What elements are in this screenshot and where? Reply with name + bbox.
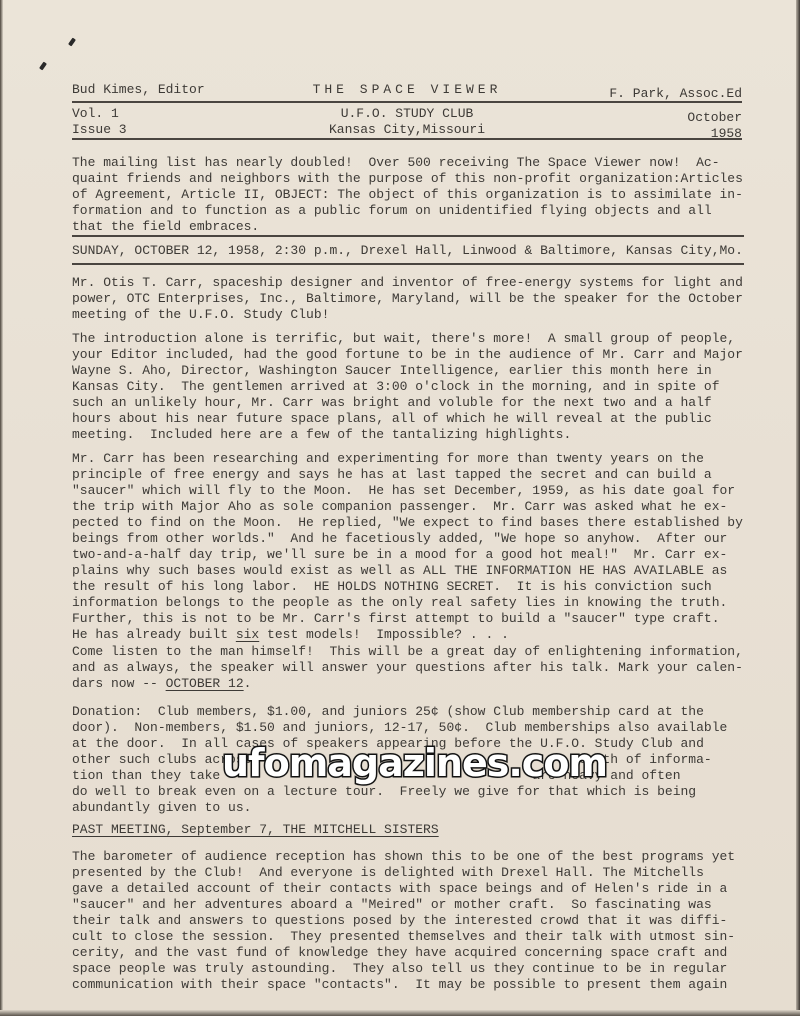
past-meeting-heading: PAST MEETING, September 7, THE MITCHELL …	[72, 822, 752, 838]
ink-mark	[68, 38, 76, 47]
come-listen-paragraph: Come listen to the man himself! This wil…	[72, 644, 752, 692]
text-line: the trip with Major Aho as sole companio…	[72, 499, 727, 514]
text-line: and as always, the speaker will answer y…	[72, 660, 743, 675]
text-line: cerity, and the vast fund of knowledge t…	[72, 945, 727, 960]
text-line: The introduction alone is terrific, but …	[72, 331, 735, 346]
section-rule	[72, 263, 744, 265]
text-line: that the field embraces.	[72, 219, 259, 234]
text-line: pected to find on the Moon. He replied, …	[72, 515, 743, 530]
text-line: The mailing list has nearly doubled! Ove…	[72, 155, 720, 170]
assoc-editor-credit: F. Park, Assoc.Ed	[609, 86, 742, 101]
ink-mark	[39, 62, 47, 71]
event-date-emphasis: OCTOBER 12	[166, 676, 244, 691]
text-line: of Agreement, Article II, OBJECT: The ob…	[72, 187, 743, 202]
text-line: Further, this is not to be Mr. Carr's fi…	[72, 611, 720, 626]
text-line: quaint friends and neighbors with the pu…	[72, 171, 743, 186]
club-location: Kansas City,Missouri	[72, 122, 742, 137]
page-edge-bottom	[0, 1010, 800, 1016]
text-line: principle of free energy and says he has…	[72, 467, 712, 482]
text-line: meeting of the U.F.O. Study Club!	[72, 307, 329, 322]
text-line: "saucer" and her adventures aboard a "Me…	[72, 897, 712, 912]
text-line: hours about his near future space plans,…	[72, 411, 712, 426]
text-line: the result of his long labor. HE HOLDS N…	[72, 579, 712, 594]
text-line: their talk and answers to questions pose…	[72, 913, 727, 928]
masthead-rule-top	[72, 101, 742, 103]
section-rule	[72, 235, 744, 237]
text-line: "saucer" which will fly to the Moon. He …	[72, 483, 735, 498]
text-line: Come listen to the man himself! This wil…	[72, 644, 743, 659]
text-line: door). Non-members, $1.50 and juniors, 1…	[72, 720, 727, 735]
emphasis-six: six	[236, 627, 259, 642]
text-line: Mr. Otis T. Carr, spaceship designer and…	[72, 275, 743, 290]
intro-paragraph: The mailing list has nearly doubled! Ove…	[72, 155, 752, 235]
text-line: power, OTC Enterprises, Inc., Baltimore,…	[72, 291, 743, 306]
text-line: The barometer of audience reception has …	[72, 849, 735, 864]
page-edge-right	[796, 0, 800, 1016]
text-line: presented by the Club! And everyone is d…	[72, 865, 704, 880]
text-line: abundantly given to us.	[72, 800, 251, 815]
text-line: information belongs to the people as the…	[72, 595, 727, 610]
text-line: He has already built	[72, 627, 236, 642]
text-line: such an unlikely hour, Mr. Carr was brig…	[72, 395, 712, 410]
introduction-paragraph: The introduction alone is terrific, but …	[72, 331, 752, 443]
watermark: ufomagazines.com	[222, 741, 607, 785]
text-line: Mr. Carr has been researching and experi…	[72, 451, 704, 466]
past-meeting-paragraph: The barometer of audience reception has …	[72, 849, 752, 993]
text-line: plains why such bases would exist as wel…	[72, 563, 727, 578]
text-line: your Editor included, had the good fortu…	[72, 347, 743, 362]
event-banner: SUNDAY, OCTOBER 12, 1958, 2:30 p.m., Dre…	[72, 243, 752, 259]
club-name: U.F.O. STUDY CLUB	[72, 106, 742, 121]
speaker-paragraph: Mr. Otis T. Carr, spaceship designer and…	[72, 275, 752, 323]
text-line: formation and to function as a public fo…	[72, 203, 712, 218]
text-line: Wayne S. Aho, Director, Washington Sauce…	[72, 363, 712, 378]
text-line: meeting. Included here are a few of the …	[72, 427, 571, 442]
text-line: dars now --	[72, 676, 166, 691]
text-line: cult to close the session. They presente…	[72, 929, 735, 944]
text-line: do well to break even on a lecture tour.…	[72, 784, 696, 799]
masthead-rule-bottom	[72, 138, 742, 140]
research-paragraph: Mr. Carr has been researching and experi…	[72, 451, 752, 643]
text-line: gave a detailed account of their contact…	[72, 881, 727, 896]
text-line: communication with their space "contacts…	[72, 977, 727, 992]
text-line: two-and-a-half day trip, we'll sure be i…	[72, 547, 727, 562]
text-line: Kansas City. The gentlemen arrived at 3:…	[72, 379, 720, 394]
page-edge-left	[0, 0, 3, 1016]
text-line: Donation: Club members, $1.00, and junio…	[72, 704, 704, 719]
text-line: beings from other worlds." And he faceti…	[72, 531, 727, 546]
text-line: space people was truly astounding. They …	[72, 961, 727, 976]
newsletter-page: Bud Kimes, Editor THE SPACE VIEWER F. Pa…	[0, 0, 800, 1016]
